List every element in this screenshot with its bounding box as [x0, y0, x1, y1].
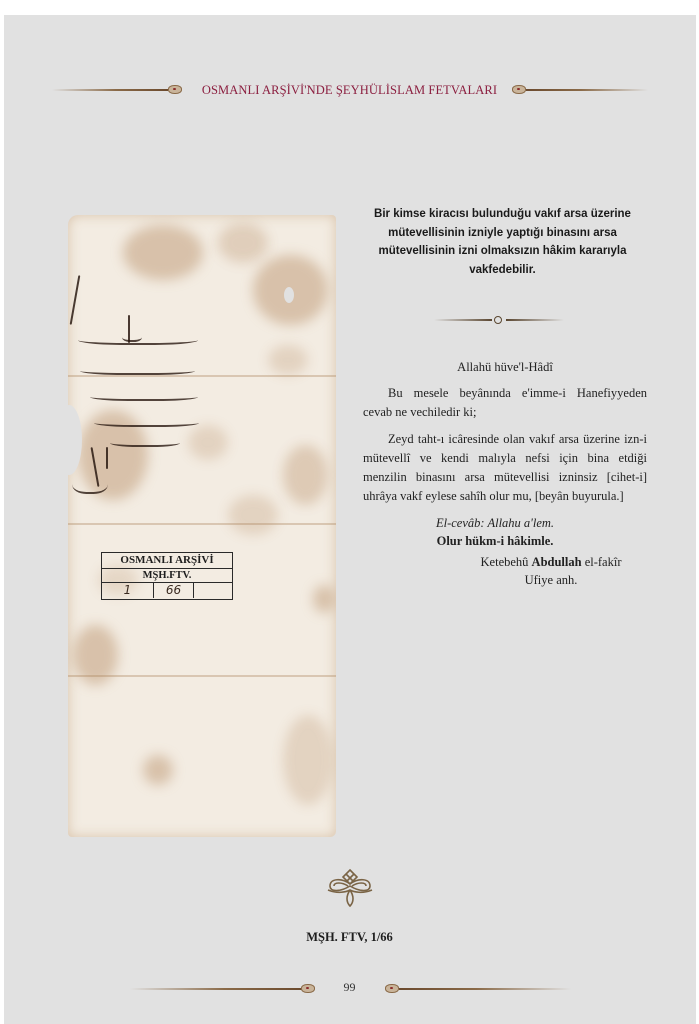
footer-finial-right-icon	[385, 984, 399, 993]
signature-line-2: Ufiye anh.	[363, 571, 647, 589]
paper-damage	[284, 287, 294, 303]
header-rule-right	[526, 89, 648, 91]
fold-line	[68, 675, 336, 677]
stamp-numbers: 1 66	[102, 583, 232, 598]
fatwa-transcription: Allahü hüve'l-Hâdî Bu mesele beyânında e…	[363, 358, 647, 589]
signature-suffix: el-fakîr	[585, 555, 622, 569]
footer-rule-right	[399, 988, 571, 990]
summary-line: Bir kimse kiracısı bulunduğu vakıf arsa …	[355, 205, 650, 224]
signature: Ketebehû Abdullah el-fakîr	[363, 553, 647, 571]
signature-prefix: Ketebehû	[481, 555, 529, 569]
fatwa-intro: Bu mesele beyânında e'imme-i Hanefiyyede…	[363, 384, 647, 422]
manuscript-image: OSMANLI ARŞİVİ MŞH.FTV. 1 66	[68, 215, 336, 837]
answer-label: El-cevâb: Allahu a'lem.	[363, 514, 647, 532]
ring-divider-icon	[434, 316, 564, 324]
archive-stamp: OSMANLI ARŞİVİ MŞH.FTV. 1 66	[101, 552, 233, 600]
fatwa-summary: Bir kimse kiracısı bulunduğu vakıf arsa …	[355, 205, 650, 279]
fold-line	[68, 523, 336, 525]
signature-name: Abdullah	[532, 555, 582, 569]
summary-line: vakfedebilir.	[355, 261, 650, 280]
stamp-collection: MŞH.FTV.	[102, 569, 232, 583]
invocation: Allahü hüve'l-Hâdî	[363, 358, 647, 376]
stamp-extra-cell	[194, 583, 231, 598]
page-footer: 99	[0, 980, 699, 996]
stamp-document-number: 66	[154, 583, 194, 598]
knot-ornament-icon	[324, 868, 376, 910]
fatwa-answer: Olur hükm-i hâkimle.	[363, 532, 647, 551]
summary-line: mütevellisinin izniyle yaptığı binasını …	[355, 224, 650, 243]
summary-line: mütevellisinin izni olmaksızın hâkim kar…	[355, 242, 650, 261]
page-number: 99	[0, 980, 699, 995]
archive-reference: MŞH. FTV, 1/66	[0, 930, 699, 945]
stamp-archive-name: OSMANLI ARŞİVİ	[102, 553, 232, 569]
running-header: OSMANLI ARŞİVİ'NDE ŞEYHÜLİSLAM FETVALARI	[0, 80, 699, 100]
fold-line	[68, 375, 336, 377]
stamp-folder-number: 1	[102, 583, 154, 598]
header-finial-right-icon	[512, 85, 526, 94]
fatwa-question: Zeyd taht-ı icâresinde olan vakıf arsa ü…	[363, 430, 647, 506]
